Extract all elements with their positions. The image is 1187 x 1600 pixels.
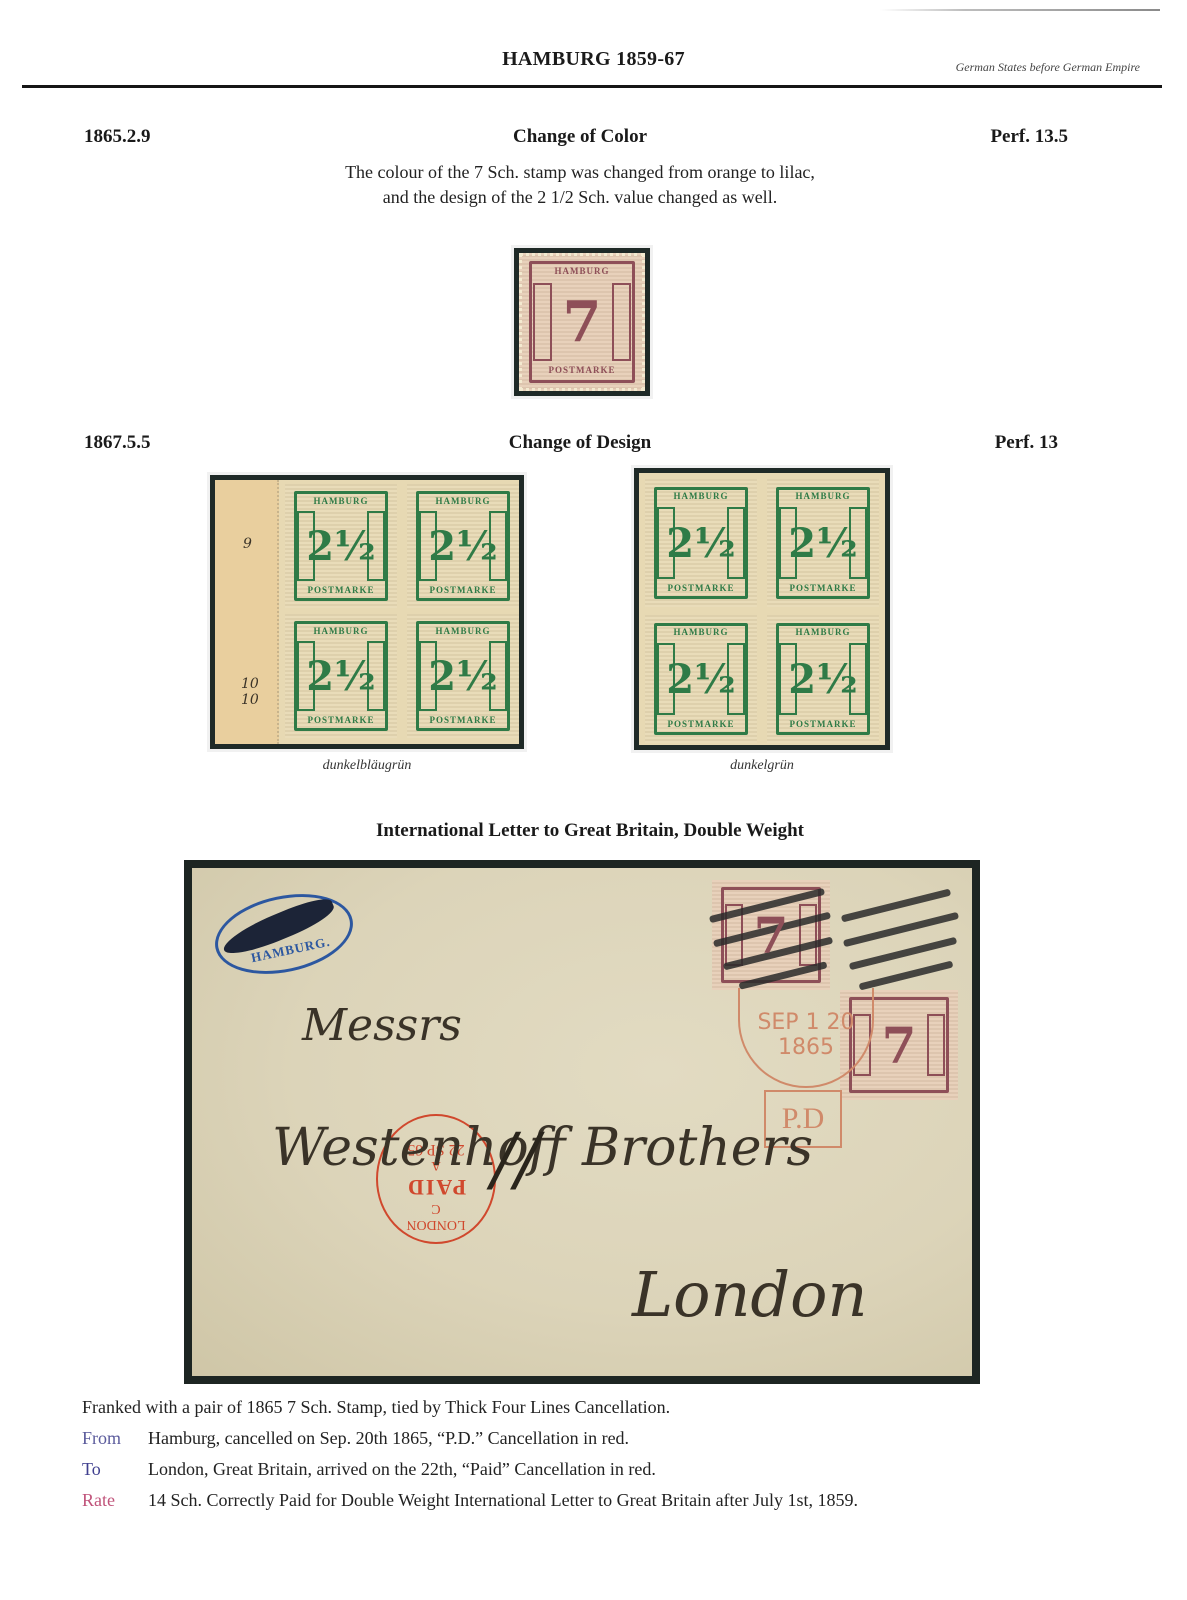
to-label: To — [82, 1454, 148, 1485]
section1-description: The colour of the 7 Sch. stamp was chang… — [0, 160, 1160, 210]
stamp-7-sch-lilac: HAMBURG 7 POSTMARKE — [519, 253, 645, 391]
stamp-block-1: 9 10 10 HAMBURG2½POSTMARKE HAMBURG2½POST… — [215, 480, 519, 744]
stamp-block-2-mount: HAMBURG2½POSTMARKE HAMBURG2½POSTMARKE HA… — [634, 468, 890, 750]
stamp-grid: HAMBURG2½POSTMARKE HAMBURG2½POSTMARKE HA… — [285, 484, 519, 738]
address-city: London — [632, 1258, 867, 1331]
header-divider — [22, 85, 1162, 88]
stamp-2-1-2-sch: HAMBURG2½POSTMARKE — [645, 615, 757, 743]
stamp-block-1-mount: 9 10 10 HAMBURG2½POSTMARKE HAMBURG2½POST… — [210, 475, 524, 749]
stamp-2-1-2-sch: HAMBURG2½POSTMARKE — [285, 614, 397, 738]
page-subtitle: German States before German Empire — [880, 60, 1140, 75]
hamburg-oval-cancel: HAMBURG. — [208, 882, 361, 985]
top-decorative-rule — [880, 9, 1160, 11]
stamp-inscription-bottom: POSTMARKE — [532, 363, 633, 380]
cover-mount: HAMBURG. 7 7 SEP 1 20 1865 P.D LONDON — [184, 860, 980, 1384]
postal-cover: HAMBURG. 7 7 SEP 1 20 1865 P.D LONDON — [192, 868, 972, 1376]
margin-number-bottom: 10 10 — [241, 676, 277, 708]
from-text: Hamburg, cancelled on Sep. 20th 1865, “P… — [148, 1423, 629, 1454]
margin-number-top: 9 — [243, 536, 252, 552]
description-line-2: and the design of the 2 1/2 Sch. value c… — [0, 185, 1160, 210]
block-2-caption: dunkelgrün — [634, 758, 890, 774]
rate-text: 14 Sch. Correctly Paid for Double Weight… — [148, 1485, 858, 1516]
description-line-1: The colour of the 7 Sch. stamp was chang… — [0, 160, 1160, 185]
note-franked: Franked with a pair of 1865 7 Sch. Stamp… — [82, 1392, 1162, 1423]
address-name: Westenhoff Brothers — [272, 1118, 813, 1178]
single-stamp-mount: HAMBURG 7 POSTMARKE — [514, 248, 650, 396]
stamp-2-1-2-sch: HAMBURG2½POSTMARKE — [407, 484, 519, 608]
stamp-2-1-2-sch: HAMBURG2½POSTMARKE — [285, 484, 397, 608]
section3-title: International Letter to Great Britain, D… — [180, 820, 1000, 842]
stamp-value: 7 — [563, 289, 602, 355]
cover-description: Franked with a pair of 1865 7 Sch. Stamp… — [82, 1392, 1162, 1516]
note-rate: Rate 14 Sch. Correctly Paid for Double W… — [82, 1485, 1162, 1516]
stamp-inscription-top: HAMBURG — [532, 264, 633, 281]
address-messrs: Messrs — [302, 1000, 462, 1051]
stamp-2-1-2-sch: HAMBURG2½POSTMARKE — [645, 479, 757, 607]
stamp-2-1-2-sch: HAMBURG2½POSTMARKE — [767, 615, 879, 743]
block-1-caption: dunkelbläugrün — [210, 758, 524, 774]
stamp-2-1-2-sch: HAMBURG2½POSTMARKE — [767, 479, 879, 607]
rate-label: Rate — [82, 1485, 148, 1516]
section1-perf: Perf. 13.5 — [900, 126, 1068, 148]
from-label: From — [82, 1423, 148, 1454]
bar-cancel-line — [859, 960, 954, 990]
section2-perf: Perf. 13 — [900, 432, 1058, 454]
stamp-grid: HAMBURG2½POSTMARKE HAMBURG2½POSTMARKE HA… — [645, 479, 879, 743]
note-from: From Hamburg, cancelled on Sep. 20th 186… — [82, 1423, 1162, 1454]
rate-manuscript-mark: // — [492, 1118, 539, 1200]
stamp-block-2: HAMBURG2½POSTMARKE HAMBURG2½POSTMARKE HA… — [639, 473, 885, 745]
note-to: To London, Great Britain, arrived on the… — [82, 1454, 1162, 1485]
stamp-2-1-2-sch: HAMBURG2½POSTMARKE — [407, 614, 519, 738]
sheet-margin: 9 10 10 — [215, 480, 279, 744]
to-text: London, Great Britain, arrived on the 22… — [148, 1454, 656, 1485]
